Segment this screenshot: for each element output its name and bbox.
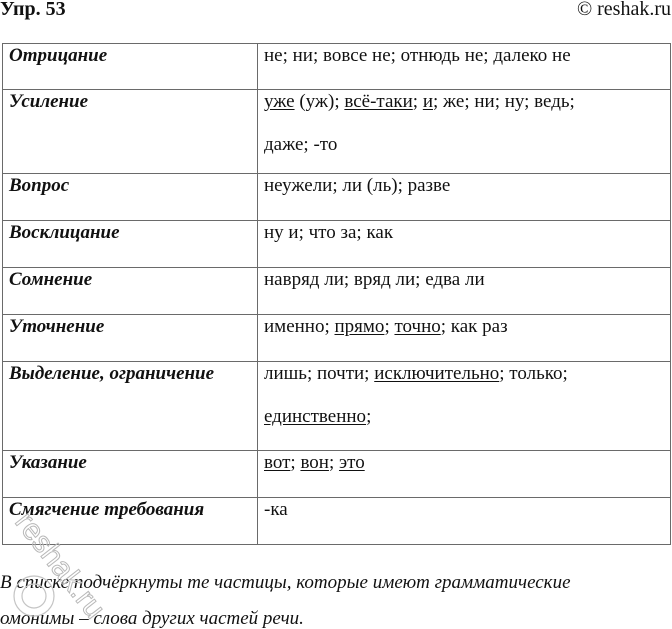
particle-text: неужели; ли (ль); разве <box>264 175 450 196</box>
examples-line: единственно; <box>264 405 664 429</box>
particle-examples: неужели; ли (ль); разве <box>258 174 671 221</box>
particle-text: лишь; почти; <box>264 363 374 384</box>
homonym-particle: прямо <box>335 316 385 337</box>
homonym-particle: всё-таки <box>344 91 412 112</box>
homonym-particle: и <box>423 91 433 112</box>
homonym-particle: вон <box>300 452 329 473</box>
table-row: Отрицаниене; ни; вовсе не; отнюдь не; да… <box>3 44 671 90</box>
particle-category: Усиление <box>3 90 258 174</box>
table-row: Вопроснеужели; ли (ль); разве <box>3 174 671 221</box>
particle-text: ; <box>366 406 371 427</box>
particle-text: ; же; ни; ну; ведь; <box>433 91 575 112</box>
particle-category: Смягчение требования <box>3 498 258 545</box>
examples-line: даже; -то <box>264 133 664 157</box>
homonym-particle: точно <box>394 316 440 337</box>
particle-text: не; ни; вовсе не; отнюдь не; далеко не <box>264 45 571 66</box>
particle-category: Выделение, ограничение <box>3 362 258 451</box>
particle-text: -ка <box>264 499 288 520</box>
table-row: Выделение, ограничениелишь; почти; исклю… <box>3 362 671 451</box>
examples-line: -ка <box>264 498 664 522</box>
homonym-particle: единственно <box>264 406 366 427</box>
particle-category: Сомнение <box>3 268 258 315</box>
particle-examples: именно; прямо; точно; как раз <box>258 315 671 362</box>
examples-line: неужели; ли (ль); разве <box>264 174 664 198</box>
table-row: Указаниевот; вон; это <box>3 451 671 498</box>
particle-examples: лишь; почти; исключительно; только;единс… <box>258 362 671 451</box>
table-row: Восклицаниену и; что за; как <box>3 221 671 268</box>
homonym-particle: это <box>339 452 365 473</box>
particle-text: (уж); <box>295 91 345 112</box>
examples-line: ну и; что за; как <box>264 221 664 245</box>
particle-text: ; <box>329 452 339 473</box>
table-row: Сомнениенавряд ли; вряд ли; едва ли <box>3 268 671 315</box>
particle-text: ; как раз <box>441 316 508 337</box>
particle-text: ну и; что за; как <box>264 222 393 243</box>
particle-text: даже; -то <box>264 134 337 155</box>
examples-line: лишь; почти; исключительно; только; <box>264 362 664 386</box>
table-row: Смягчение требования-ка <box>3 498 671 545</box>
particle-text: ; <box>413 91 423 112</box>
particle-examples: уже (уж); всё-таки; и; же; ни; ну; ведь;… <box>258 90 671 174</box>
particle-category: Восклицание <box>3 221 258 268</box>
particle-category: Указание <box>3 451 258 498</box>
homonym-particle: вот <box>264 452 290 473</box>
particle-category: Уточнение <box>3 315 258 362</box>
particle-category: Отрицание <box>3 44 258 90</box>
homonym-particle: уже <box>264 91 295 112</box>
particles-table: Отрицаниене; ни; вовсе не; отнюдь не; да… <box>2 43 671 545</box>
table-row: Усилениеуже (уж); всё-таки; и; же; ни; н… <box>3 90 671 174</box>
particle-text: ; только; <box>499 363 568 384</box>
footnote-line-1: В списке подчёркнуты те частицы, которые… <box>0 565 672 601</box>
particle-category: Вопрос <box>3 174 258 221</box>
examples-line: именно; прямо; точно; как раз <box>264 315 664 339</box>
site-credit: © reshak.ru <box>577 0 671 21</box>
homonym-particle: исключительно <box>374 363 499 384</box>
examples-line: не; ни; вовсе не; отнюдь не; далеко не <box>264 44 664 68</box>
particle-text: ; <box>290 452 300 473</box>
particle-text: навряд ли; вряд ли; едва ли <box>264 269 485 290</box>
examples-line: навряд ли; вряд ли; едва ли <box>264 268 664 292</box>
footnote-line-2: омонимы – слова других частей речи. <box>0 601 672 629</box>
table-row: Уточнениеименно; прямо; точно; как раз <box>3 315 671 362</box>
particle-examples: не; ни; вовсе не; отнюдь не; далеко не <box>258 44 671 90</box>
particle-examples: навряд ли; вряд ли; едва ли <box>258 268 671 315</box>
particle-text: ; <box>384 316 394 337</box>
particle-text: именно; <box>264 316 335 337</box>
particle-examples: -ка <box>258 498 671 545</box>
footnote: В списке подчёркнуты те частицы, которые… <box>0 565 672 629</box>
exercise-title: Упр. 53 <box>0 0 66 21</box>
particle-examples: ну и; что за; как <box>258 221 671 268</box>
particle-examples: вот; вон; это <box>258 451 671 498</box>
examples-line: уже (уж); всё-таки; и; же; ни; ну; ведь; <box>264 90 664 114</box>
examples-line: вот; вон; это <box>264 451 664 475</box>
